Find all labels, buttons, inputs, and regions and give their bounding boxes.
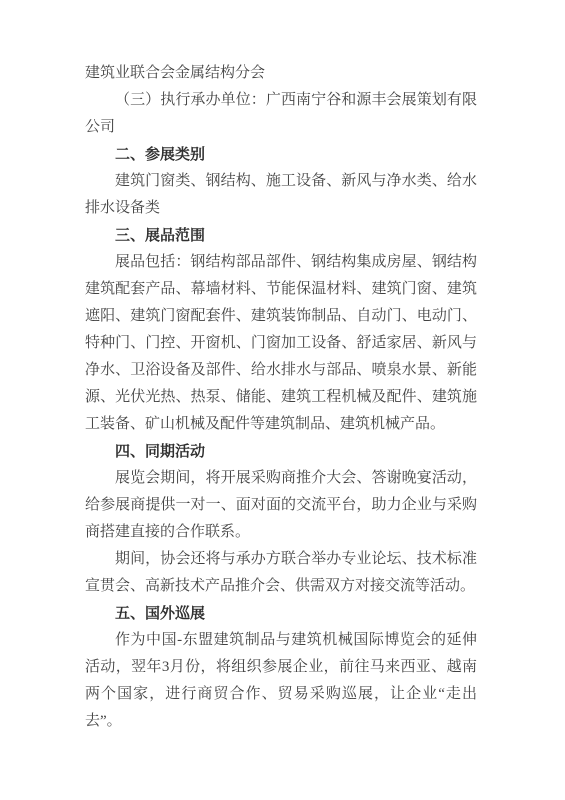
document-page: 建筑业联合会金属结构分会 （三）执行承办单位：广西南宁谷和源丰会展策划有限公司 … [85,60,477,735]
paragraph-exhibit-categories: 建筑门窗类、钢结构、施工设备、新风与净水类、给水排水设备类 [85,168,477,222]
section-heading-exhibit-scope: 三、展品范围 [85,222,477,249]
section-heading-exhibit-categories: 二、参展类别 [85,141,477,168]
paragraph-concurrent-activities-1: 展览会期间，将开展采购商推介大会、答谢晚宴活动，给参展商提供一对一、面对面的交流… [85,465,477,546]
paragraph-overseas-tour: 作为中国-东盟建筑制品与建筑机械国际博览会的延伸活动，翌年3月份，将组织参展企业… [85,627,477,735]
section-heading-overseas-tour: 五、国外巡展 [85,600,477,627]
paragraph-association-continuation: 建筑业联合会金属结构分会 [85,60,477,87]
paragraph-executing-organizer: （三）执行承办单位：广西南宁谷和源丰会展策划有限公司 [85,87,477,141]
paragraph-concurrent-activities-2: 期间，协会还将与承办方联合举办专业论坛、技术标准宣贯会、高新技术产品推介会、供需… [85,546,477,600]
paragraph-exhibit-scope: 展品包括：钢结构部品部件、钢结构集成房屋、钢结构建筑配套产品、幕墙材料、节能保温… [85,249,477,438]
section-heading-concurrent-activities: 四、同期活动 [85,438,477,465]
